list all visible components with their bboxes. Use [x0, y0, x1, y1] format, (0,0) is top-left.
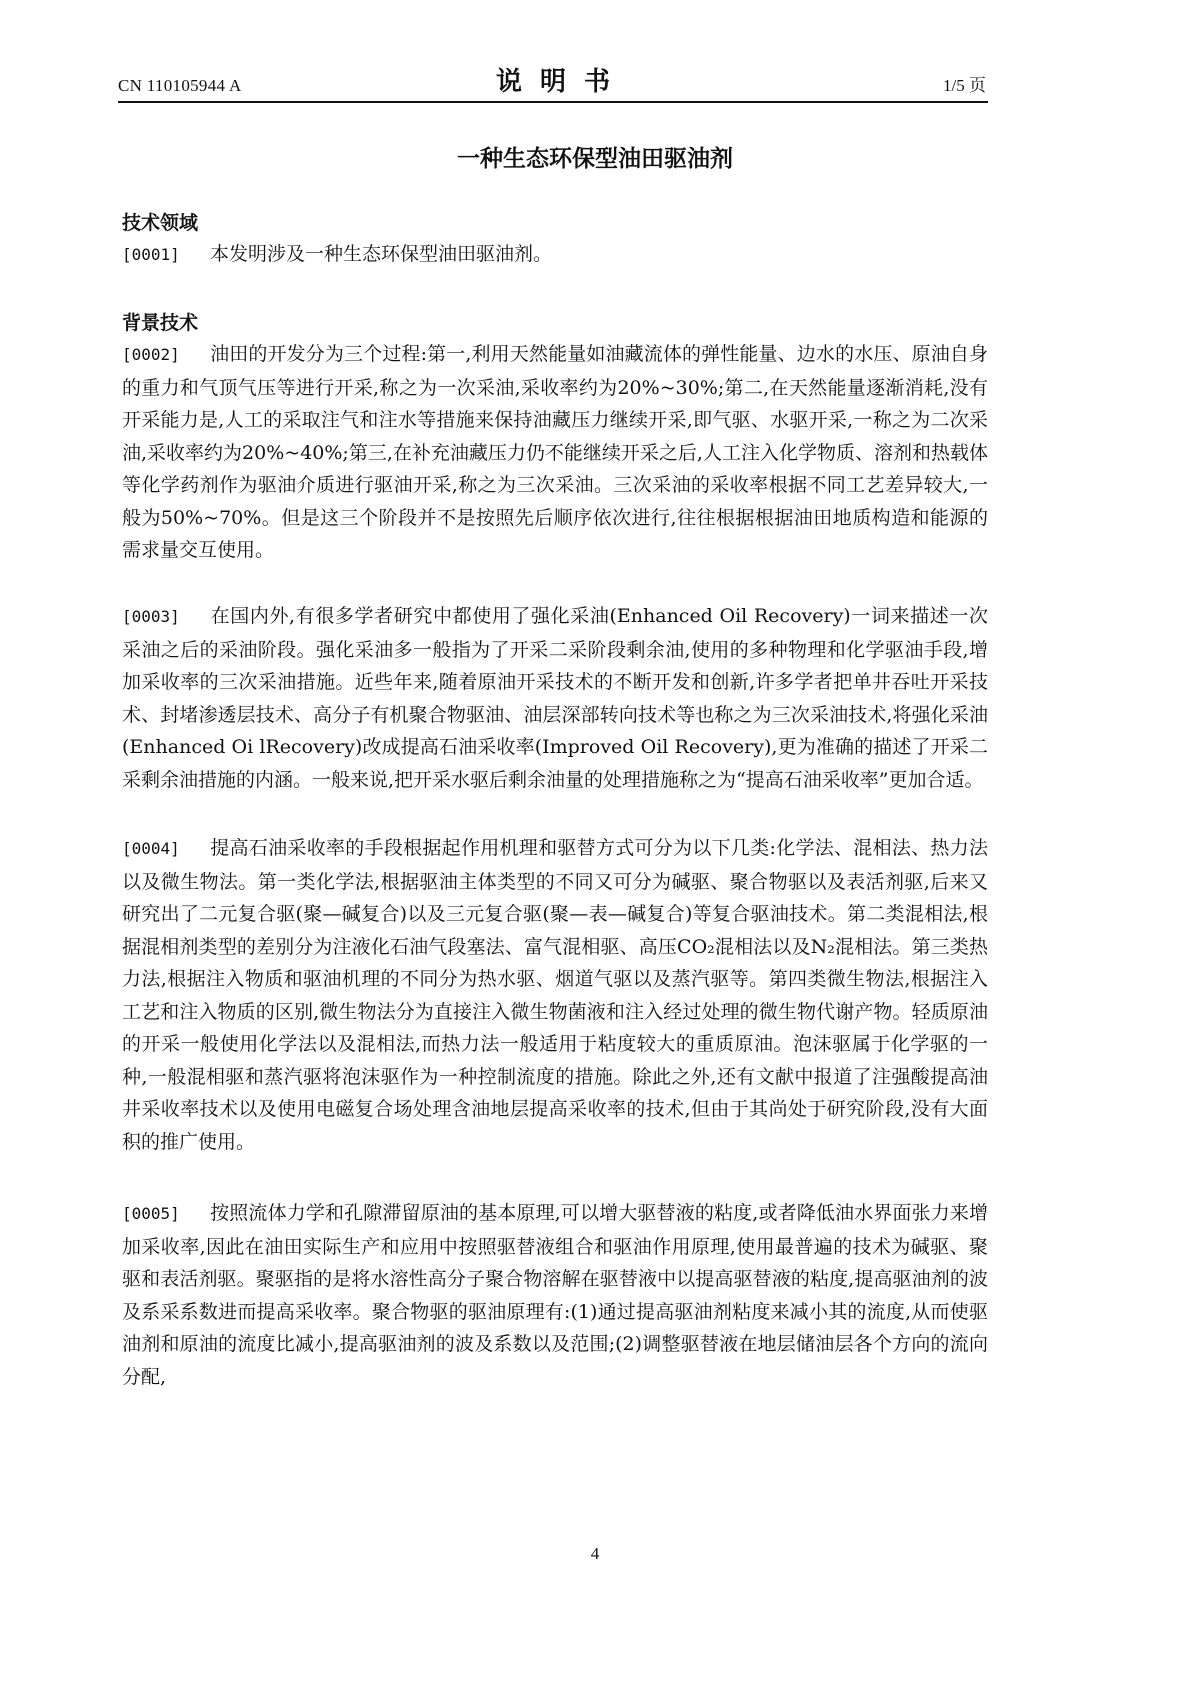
paragraph-text: 本发明涉及一种生态环保型油田驱油剂。 — [210, 243, 552, 265]
paragraph-0001: [0001]本发明涉及一种生态环保型油田驱油剂。 — [122, 238, 988, 272]
document-type-title: 说明书 — [118, 61, 988, 98]
page-count: 1/5 页 — [943, 71, 986, 96]
page-number: 4 — [0, 1544, 1190, 1564]
document-title: 一种生态环保型油田驱油剂 — [0, 140, 1190, 173]
paragraph-text: 在国内外,有很多学者研究中都使用了强化采油(Enhanced Oil Recov… — [122, 605, 988, 791]
header-divider — [118, 101, 988, 103]
paragraph-number: [0005] — [122, 1198, 210, 1231]
paragraph-0004: [0004]提高石油采收率的手段根据起作用机理和驱替方式可分为以下几类:化学法、… — [122, 832, 988, 1158]
paragraph-0002: [0002]油田的开发分为三个过程:第一,利用天然能量如油藏流体的弹性能量、边水… — [122, 338, 988, 567]
paragraph-0005: [0005]按照流体力学和孔隙滞留原油的基本原理,可以增大驱替液的粘度,或者降低… — [122, 1197, 988, 1393]
paragraph-text: 油田的开发分为三个过程:第一,利用天然能量如油藏流体的弹性能量、边水的水压、原油… — [122, 343, 988, 561]
section-heading-background: 背景技术 — [122, 308, 198, 335]
paragraph-text: 提高石油采收率的手段根据起作用机理和驱替方式可分为以下几类:化学法、混相法、热力… — [122, 837, 988, 1153]
paragraph-number: [0003] — [122, 601, 210, 634]
paragraph-text: 按照流体力学和孔隙滞留原油的基本原理,可以增大驱替液的粘度,或者降低油水界面张力… — [122, 1202, 988, 1388]
paragraph-0003: [0003]在国内外,有很多学者研究中都使用了强化采油(Enhanced Oil… — [122, 600, 988, 796]
section-heading-technical-field: 技术领域 — [122, 208, 198, 235]
page-header: CN 110105944 A 说明书 1/5 页 — [118, 62, 988, 100]
paragraph-number: [0001] — [122, 239, 210, 272]
paragraph-number: [0002] — [122, 339, 210, 372]
paragraph-number: [0004] — [122, 833, 210, 866]
